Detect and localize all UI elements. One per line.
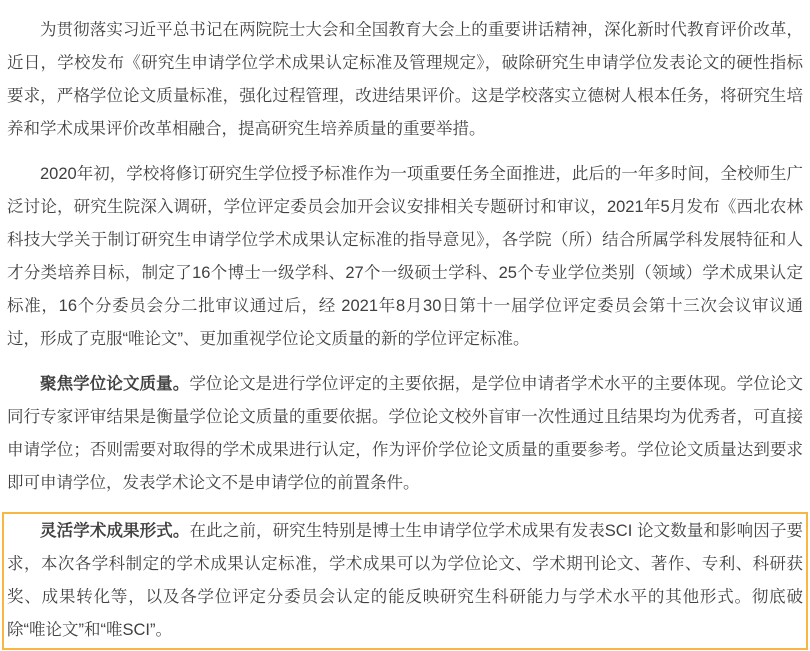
highlight-box: 灵活学术成果形式。在此之前，研究生特别是博士生申请学位学术成果有发表SCI 论文… — [2, 512, 808, 650]
article: 为贯彻落实习近平总书记在两院院士大会和全国教育大会上的重要讲话精神，深化新时代教… — [0, 0, 810, 650]
paragraph-lead-bold: 聚焦学位论文质量。 — [40, 375, 189, 393]
paragraph-intro: 为贯彻落实习近平总书记在两院院士大会和全国教育大会上的重要讲话精神，深化新时代教… — [7, 14, 803, 146]
paragraph-text: 为贯彻落实习近平总书记在两院院士大会和全国教育大会上的重要讲话精神，深化新时代教… — [7, 21, 803, 138]
paragraph-flexible-achievements: 灵活学术成果形式。在此之前，研究生特别是博士生申请学位学术成果有发表SCI 论文… — [7, 515, 803, 647]
paragraph-process: 2020年初，学校将修订研究生学位授予标准作为一项重要任务全面推进，此后的一年多… — [7, 158, 803, 356]
paragraph-thesis-quality: 聚焦学位论文质量。学位论文是进行学位评定的主要依据，是学位申请者学术水平的主要体… — [7, 368, 803, 500]
paragraph-lead-bold: 灵活学术成果形式。 — [40, 522, 190, 540]
paragraph-text: 2020年初，学校将修订研究生学位授予标准作为一项重要任务全面推进，此后的一年多… — [7, 165, 803, 348]
page: { "page": { "background_color": "#ffffff… — [0, 0, 810, 651]
